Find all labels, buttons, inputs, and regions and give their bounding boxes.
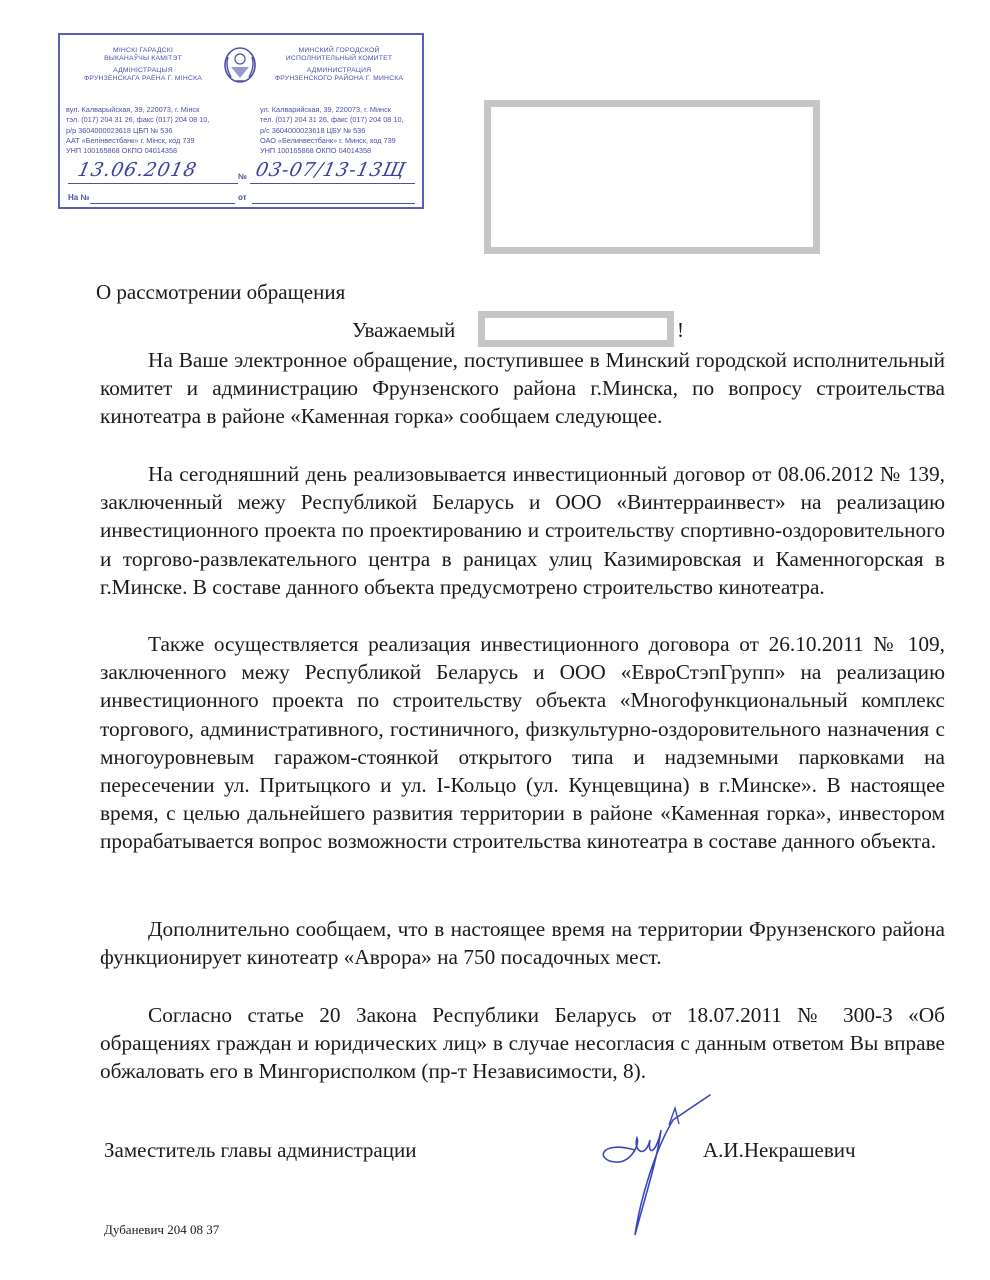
redacted-name-box <box>478 311 674 347</box>
executor-contact: Дубаневич 204 08 37 <box>104 1222 219 1238</box>
redacted-addressee-box <box>484 100 820 254</box>
stamp-text: Минский городской <box>260 47 418 55</box>
letterhead-stamp: Мінскі гарадскі выканаўчы камітэт Адміні… <box>58 33 424 209</box>
stamp-text: Фрунзенскага раёна г. Мінска <box>64 75 222 83</box>
from-line <box>252 203 415 204</box>
stamp-text: тэл. (017) 204 31 26, факс (017) 204 08 … <box>66 115 228 125</box>
stamp-text: ул. Калварийская, 39, 220073, г. Минск <box>260 105 422 115</box>
handwritten-number: 03-07/13-13Щ <box>254 159 408 181</box>
paragraph-intro: На Ваше электронное обращение, поступивш… <box>100 346 945 431</box>
date-line <box>68 183 238 184</box>
paragraph-contract-139: На сегодняшний день реализовывается инве… <box>100 460 945 601</box>
greeting-exclamation: ! <box>677 318 684 343</box>
stamp-text: тел. (017) 204 31 26, факс (017) 204 08 … <box>260 115 422 125</box>
handwritten-date: 13.06.2018 <box>76 159 199 181</box>
paragraph-aurora-cinema: Дополнительно сообщаем, что в настоящее … <box>100 915 945 971</box>
number-label: № <box>238 172 247 181</box>
signatory-name: А.И.Некрашевич <box>703 1138 856 1163</box>
stamp-text: вул. Калварыйская, 39, 220073, г. Мінск <box>66 105 228 115</box>
number-line <box>250 183 415 184</box>
stamp-text: Фрунзенского района г. Минска <box>260 75 418 83</box>
paragraph-appeal-rights: Согласно статье 20 Закона Республики Бел… <box>100 1001 945 1086</box>
paragraph-contract-109: Также осуществляется реализация инвестиц… <box>100 630 945 856</box>
in-number-line <box>90 203 235 204</box>
signature-icon <box>595 1090 715 1240</box>
in-number-label: На № <box>68 193 89 202</box>
stamp-org-russian: Минский городской исполнительный комитет… <box>260 47 418 83</box>
stamp-text: р/р 3604000023618 ЦБП № 536 <box>66 126 228 136</box>
stamp-org-belarusian: Мінскі гарадскі выканаўчы камітэт Адміні… <box>64 47 222 83</box>
belarus-emblem-icon <box>222 45 258 87</box>
from-label: от <box>238 193 247 202</box>
stamp-text: УНП 100165868 ОКПО 04014358 <box>260 146 422 156</box>
stamp-text: Администрация <box>260 67 418 75</box>
stamp-text: УНП 100165868 ОКПО 04014358 <box>66 146 228 156</box>
signatory-title: Заместитель главы администрации <box>104 1138 416 1163</box>
greeting: Уважаемый <box>352 318 455 343</box>
stamp-address-russian: ул. Калварийская, 39, 220073, г. Минск т… <box>260 105 422 156</box>
stamp-address-belarusian: вул. Калварыйская, 39, 220073, г. Мінск … <box>66 105 228 156</box>
stamp-text: выканаўчы камітэт <box>64 55 222 63</box>
stamp-text: ААТ «Белінвестбанк» г. Мінск, код 739 <box>66 136 228 146</box>
stamp-text: исполнительный комитет <box>260 55 418 63</box>
stamp-text: Адміністрацыя <box>64 67 222 75</box>
stamp-text: Мінскі гарадскі <box>64 47 222 55</box>
letter-subject: О рассмотрении обращения <box>96 280 345 305</box>
stamp-text: р/с 3604000023618 ЦБУ № 536 <box>260 126 422 136</box>
stamp-text: ОАО «Белинвестбанк» г. Минск, код 739 <box>260 136 422 146</box>
